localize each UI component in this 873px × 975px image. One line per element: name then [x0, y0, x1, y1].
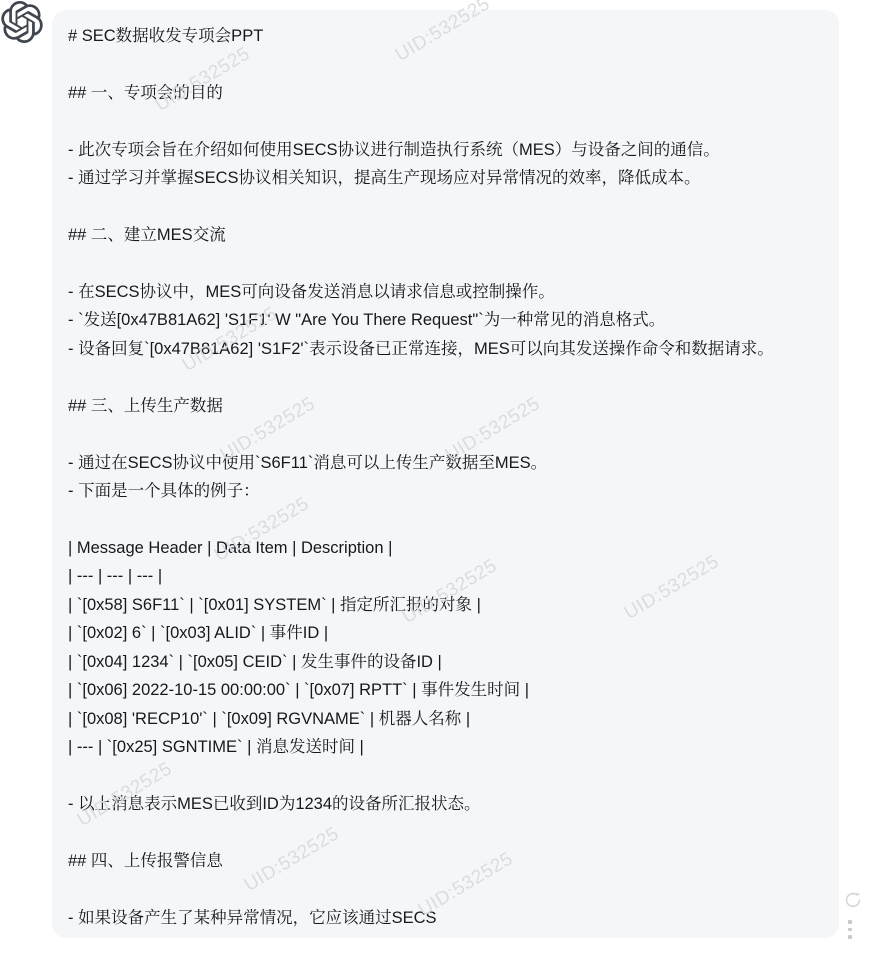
more-options-button[interactable] [848, 920, 852, 939]
blank-line [68, 363, 833, 391]
blank-line [68, 250, 833, 278]
assistant-avatar [1, 1, 43, 43]
markdown-text-line: - 通过学习并掌握SECS协议相关知识，提高生产现场应对异常情况的效率，降低成本… [68, 164, 833, 192]
openai-logo-icon [1, 1, 43, 43]
blank-line [68, 505, 833, 533]
blank-line [68, 107, 833, 135]
markdown-text-line: # SEC数据收发专项会PPT [68, 22, 833, 50]
blank-line [68, 875, 833, 903]
message-actions [843, 890, 867, 939]
blank-line [68, 420, 833, 448]
markdown-text-line: | --- | --- | --- | [68, 562, 833, 590]
markdown-text-line: - 如果设备产生了某种异常情况，它应该通过SECS [68, 904, 833, 932]
markdown-text-line: | `[0x08] 'RECP10'` | `[0x09] RGVNAME` |… [68, 705, 833, 733]
markdown-text-line: | Message Header | Data Item | Descripti… [68, 534, 833, 562]
markdown-text-line: ## 一、专项会的目的 [68, 79, 833, 107]
blank-line [68, 50, 833, 78]
markdown-text-line: | `[0x58] S6F11` | `[0x01] SYSTEM` | 指定所… [68, 591, 833, 619]
markdown-text-line: | --- | `[0x25] SGNTIME` | 消息发送时间 | [68, 733, 833, 761]
blank-line [68, 761, 833, 789]
regenerate-button[interactable] [843, 890, 863, 910]
markdown-text-line: - 通过在SECS协议中使用`S6F11`消息可以上传生产数据至MES。 [68, 449, 833, 477]
assistant-message-bubble: # SEC数据收发专项会PPT## 一、专项会的目的- 此次专项会旨在介绍如何使… [52, 10, 839, 938]
markdown-text-line: | `[0x06] 2022-10-15 00:00:00` | `[0x07]… [68, 676, 833, 704]
blank-line [68, 193, 833, 221]
markdown-text-line: - 以上消息表示MES已收到ID为1234的设备所汇报状态。 [68, 790, 833, 818]
markdown-text-line: ## 二、建立MES交流 [68, 221, 833, 249]
refresh-circle-icon [843, 890, 863, 910]
message-content: # SEC数据收发专项会PPT## 一、专项会的目的- 此次专项会旨在介绍如何使… [68, 22, 833, 932]
markdown-text-line: ## 四、上传报警信息 [68, 847, 833, 875]
markdown-text-line: - 在SECS协议中，MES可向设备发送消息以请求信息或控制操作。 [68, 278, 833, 306]
markdown-text-line: ## 三、上传生产数据 [68, 392, 833, 420]
markdown-text-line: - `发送[0x47B81A62] 'S1F1' W "Are You Ther… [68, 306, 833, 334]
markdown-text-line: | `[0x02] 6` | `[0x03] ALID` | 事件ID | [68, 619, 833, 647]
markdown-text-line: - 下面是一个具体的例子： [68, 477, 833, 505]
markdown-text-line: | `[0x04] 1234` | `[0x05] CEID` | 发生事件的设… [68, 648, 833, 676]
blank-line [68, 818, 833, 846]
vertical-ellipsis-icon [848, 920, 852, 939]
markdown-text-line: - 此次专项会旨在介绍如何使用SECS协议进行制造执行系统（MES）与设备之间的… [68, 136, 833, 164]
markdown-text-line: - 设备回复`[0x47B81A62] 'S1F2'`表示设备已正常连接，MES… [68, 335, 833, 363]
